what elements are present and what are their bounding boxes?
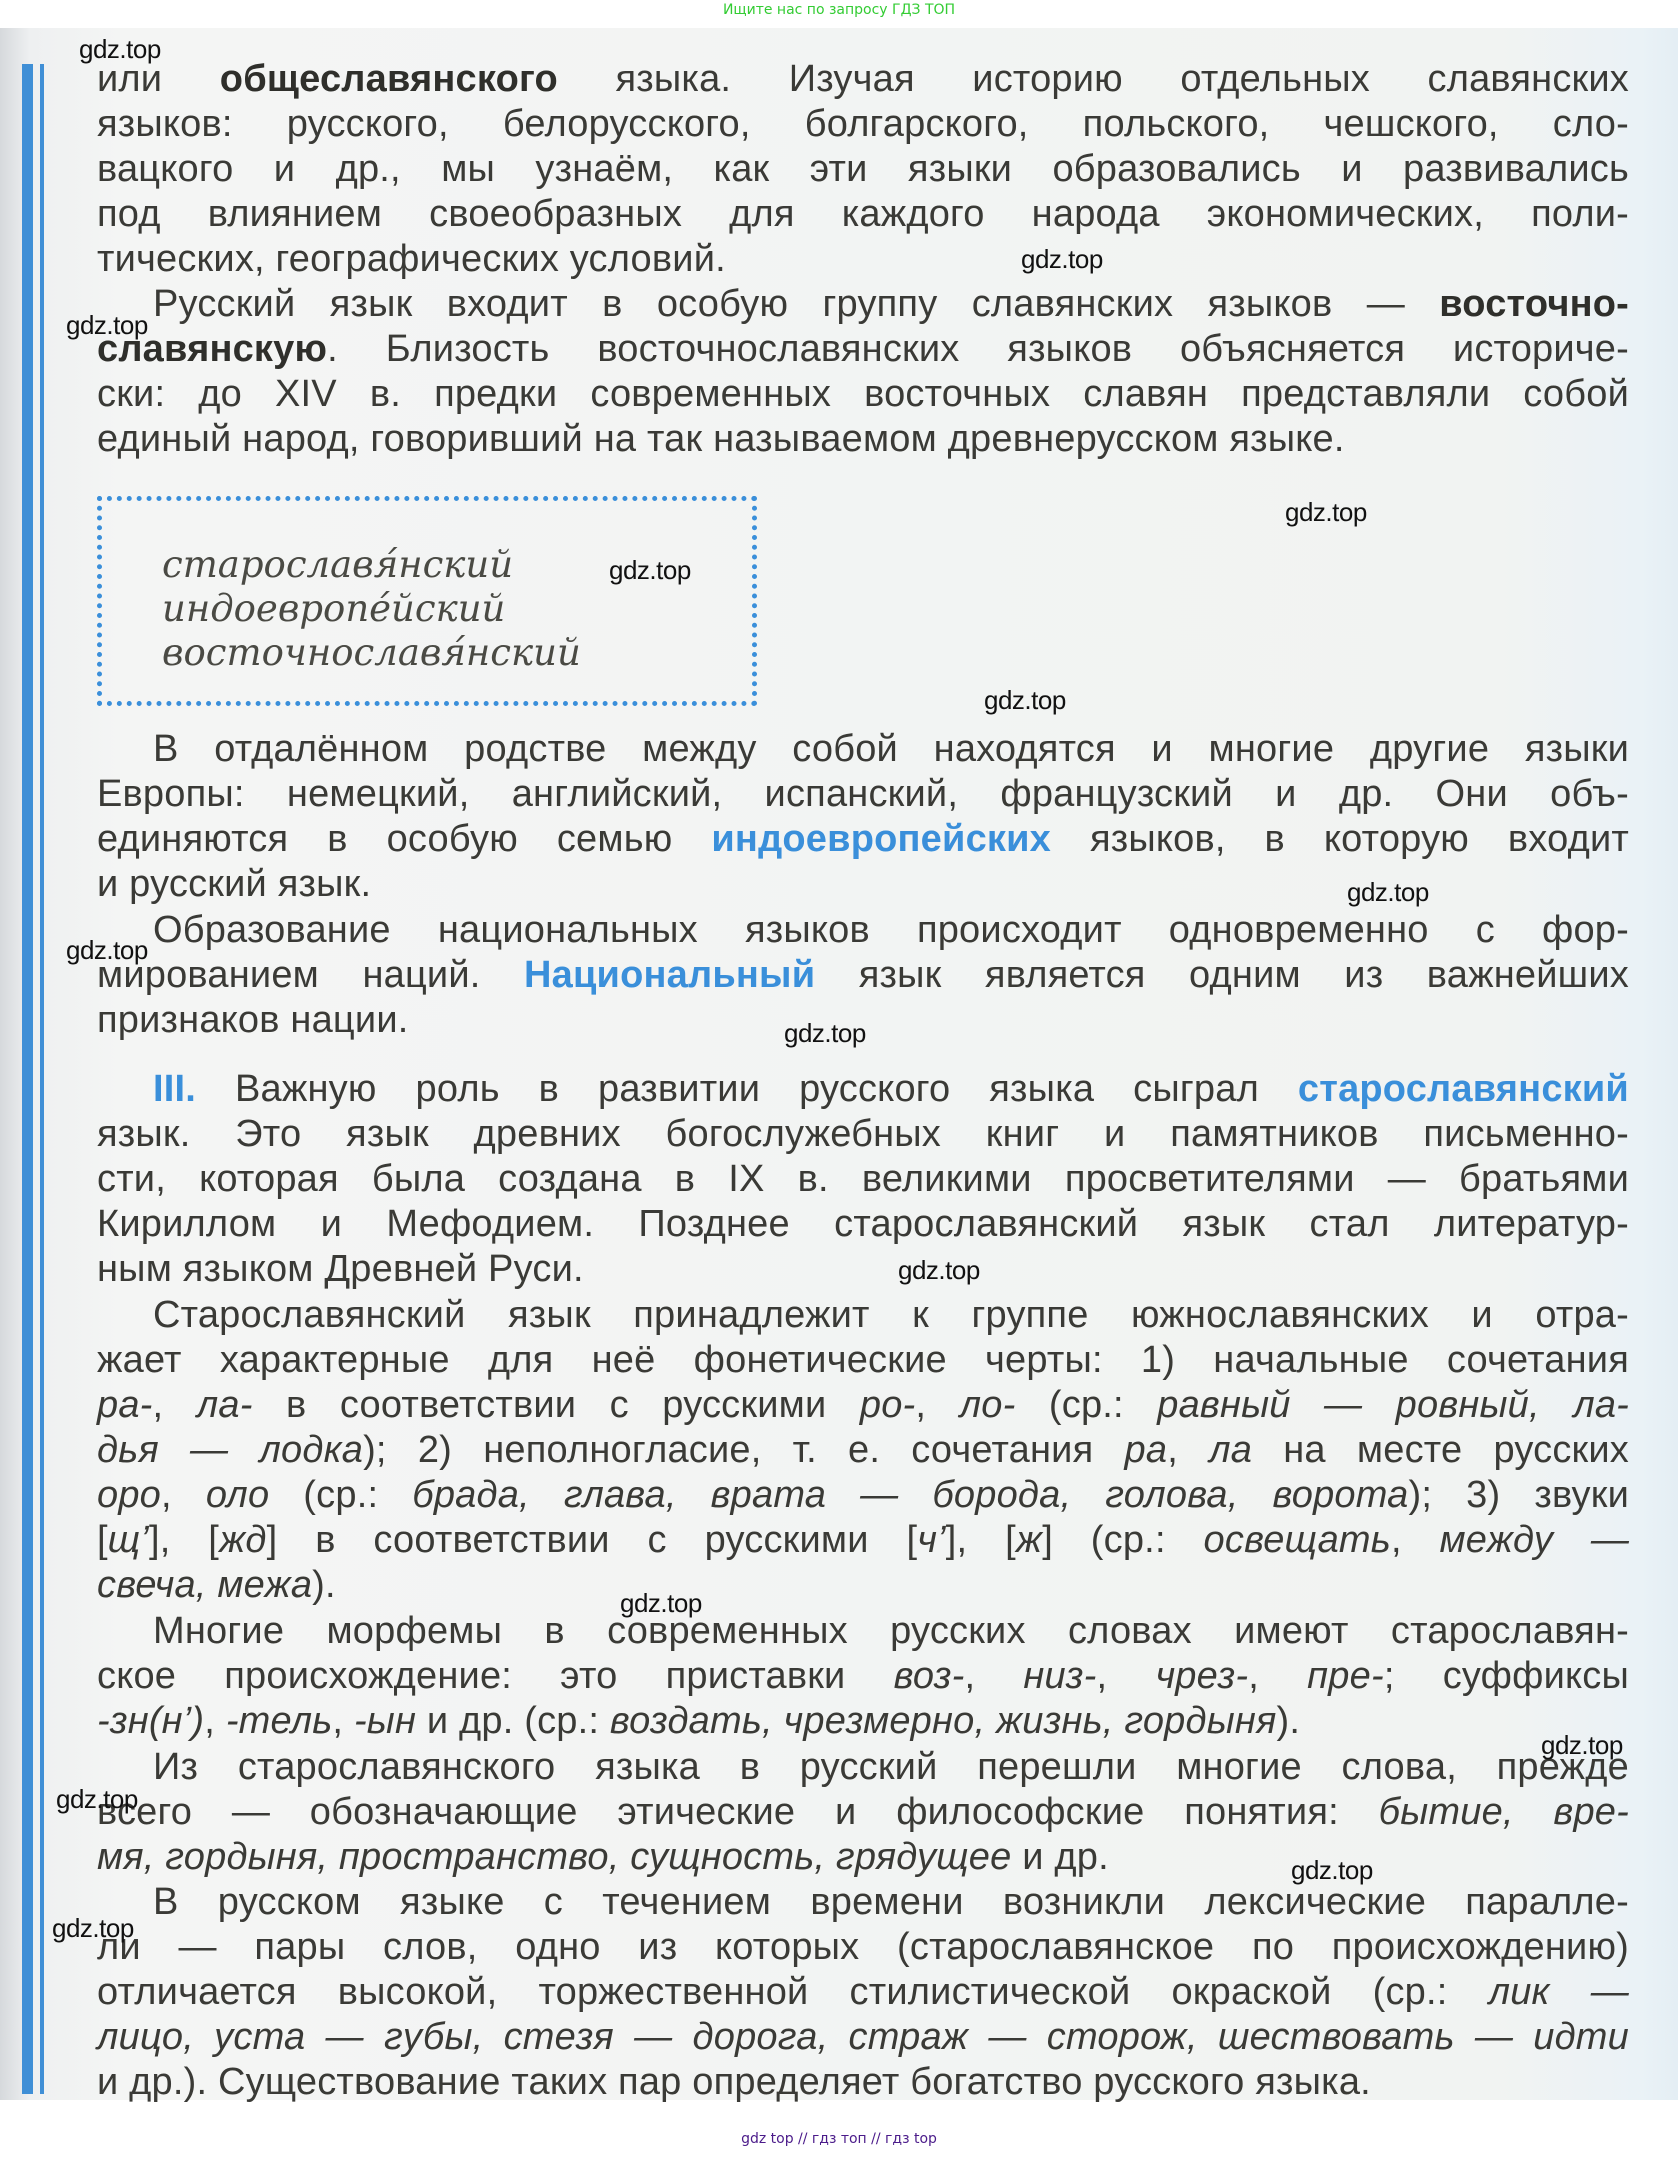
paragraph-8: Из старославянского языка в русский пере… bbox=[97, 1745, 1629, 1880]
text-line: В отдалённом родстве между собой находят… bbox=[97, 727, 1629, 772]
example-italic: мя, гордыня, пространство, сущность, гря… bbox=[97, 1836, 1011, 1878]
example-italic: ра bbox=[1125, 1429, 1168, 1471]
watermark: gdz.top bbox=[620, 1588, 702, 1619]
text-line: язык. Это язык древних богослужебных кни… bbox=[97, 1112, 1629, 1157]
example-italic: жд bbox=[219, 1519, 267, 1561]
text-line: -зн(н’), -тель, -ын и др. (ср.: воздать,… bbox=[97, 1699, 1629, 1744]
text-line: ское происхождение: это приставки воз-, … bbox=[97, 1654, 1629, 1699]
watermark: gdz.top bbox=[66, 935, 148, 966]
example-italic: между — bbox=[1440, 1519, 1630, 1561]
text-line: дья — лодка); 2) неполногласие, т. е. со… bbox=[97, 1428, 1629, 1473]
text-line: ски: до XIV в. предки современных восточ… bbox=[97, 372, 1629, 417]
watermark: gdz.top bbox=[56, 1784, 138, 1815]
text-line: мированием наций. Национальный язык явля… bbox=[97, 953, 1629, 998]
term-item: старославя́нский bbox=[102, 543, 581, 587]
example-italic: равный — ровный, ла- bbox=[1157, 1384, 1629, 1426]
example-italic: ж bbox=[1016, 1519, 1042, 1561]
footer-links: gdz top // гдз топ // гдз top bbox=[0, 2131, 1678, 2147]
text-line: мя, гордыня, пространство, сущность, гря… bbox=[97, 1835, 1629, 1880]
text-line: оро, оло (ср.: брада, глава, врата — бор… bbox=[97, 1473, 1629, 1518]
text-line: под влиянием своеобразных для каждого на… bbox=[97, 192, 1629, 237]
example-italic: дья — лодка bbox=[97, 1429, 363, 1471]
term-bold: восточно- bbox=[1439, 283, 1629, 325]
watermark: gdz.top bbox=[784, 1018, 866, 1049]
watermark: gdz.top bbox=[609, 555, 691, 586]
example-italic: лицо, уста — губы, стезя — дорога, страж… bbox=[97, 2016, 1629, 2058]
example-italic: -зн(н’) bbox=[97, 1700, 204, 1742]
example-italic: -тель bbox=[226, 1700, 333, 1742]
section-3: III. Важную роль в развитии русского язы… bbox=[97, 1067, 1629, 1292]
text-line: отличается высокой, торжественной стилис… bbox=[97, 1970, 1629, 2015]
text-line: лицо, уста — губы, стезя — дорога, страж… bbox=[97, 2015, 1629, 2060]
text-line: единый народ, говоривший на так называем… bbox=[97, 417, 1629, 462]
paragraph-9: В русском языке с течением времени возни… bbox=[97, 1880, 1629, 2105]
text-line: ра-, ла- в соответствии с русскими ро-, … bbox=[97, 1383, 1629, 1428]
text-line: языков: русского, белорусского, болгарск… bbox=[97, 102, 1629, 147]
text-line: Многие морфемы в современных русских сло… bbox=[97, 1609, 1629, 1654]
text-line: сти, которая была создана в IX в. велики… bbox=[97, 1157, 1629, 1202]
text-line: Кириллом и Мефодием. Позднее старославян… bbox=[97, 1202, 1629, 1247]
text-line: Образование национальных языков происход… bbox=[97, 908, 1629, 953]
term-highlight: старославянский bbox=[1298, 1068, 1629, 1110]
watermark: gdz.top bbox=[1541, 1730, 1623, 1761]
text-line: свеча, межа). bbox=[97, 1563, 1629, 1608]
watermark: gdz.top bbox=[1347, 877, 1429, 908]
term-highlight: индоевропейских bbox=[711, 818, 1051, 860]
term-item: индоевропе́йский bbox=[102, 587, 581, 631]
text-line: тических, географических условий. bbox=[97, 237, 1629, 282]
example-italic: воздать, чрезмерно, жизнь, гордыня bbox=[610, 1700, 1277, 1742]
example-italic: ла bbox=[1209, 1429, 1252, 1471]
text-line: вацкого и др., мы узнаём, как эти языки … bbox=[97, 147, 1629, 192]
site-banner: Ищите нас по запросу ГДЗ ТОП bbox=[0, 0, 1678, 28]
example-italic: брада, глава, врата — борода, голова, во… bbox=[412, 1474, 1408, 1516]
paragraph-7: Многие морфемы в современных русских сло… bbox=[97, 1609, 1629, 1744]
watermark: gdz.top bbox=[1021, 244, 1103, 275]
paragraph-1: или общеславянского языка. Изучая истори… bbox=[97, 57, 1629, 282]
example-italic: ч’ bbox=[917, 1519, 946, 1561]
example-italic: воз- bbox=[894, 1655, 965, 1697]
text-line: Русский язык входит в особую группу слав… bbox=[97, 282, 1629, 327]
watermark: gdz.top bbox=[984, 685, 1066, 716]
example-italic: освещать bbox=[1204, 1519, 1391, 1561]
example-italic: ро- bbox=[860, 1384, 916, 1426]
example-italic: бытие, вре- bbox=[1379, 1791, 1629, 1833]
paragraph-2: Русский язык входит в особую группу слав… bbox=[97, 282, 1629, 462]
watermark: gdz.top bbox=[79, 34, 161, 65]
text-line: и др.). Существование таких пар определя… bbox=[97, 2060, 1629, 2105]
margin-bar bbox=[22, 64, 33, 2094]
text-line: Старославянский язык принадлежит к групп… bbox=[97, 1293, 1629, 1338]
term-box: старославя́нский индоевропе́йский восточ… bbox=[97, 496, 757, 706]
text-line: В русском языке с течением времени возни… bbox=[97, 1880, 1629, 1925]
example-italic: низ- bbox=[1023, 1655, 1096, 1697]
example-italic: оло bbox=[206, 1474, 269, 1516]
example-italic: чрез- bbox=[1155, 1655, 1248, 1697]
example-italic: ра- bbox=[97, 1384, 153, 1426]
example-italic: лик — bbox=[1489, 1971, 1629, 2013]
example-italic: ло- bbox=[960, 1384, 1016, 1426]
example-italic: щ’ bbox=[108, 1519, 149, 1561]
example-italic: пре- bbox=[1307, 1655, 1384, 1697]
example-italic: -ын bbox=[354, 1700, 416, 1742]
margin-bar-thin bbox=[40, 64, 44, 2094]
watermark: gdz.top bbox=[1291, 1855, 1373, 1886]
watermark: gdz.top bbox=[66, 310, 148, 341]
text-line: славянскую. Близость восточнославянских … bbox=[97, 327, 1629, 372]
text-line: ным языком Древней Руси. bbox=[97, 1247, 1629, 1292]
watermark: gdz.top bbox=[898, 1255, 980, 1286]
text-line: единяются в особую семью индоевропейских… bbox=[97, 817, 1629, 862]
text-line: Из старославянского языка в русский пере… bbox=[97, 1745, 1629, 1790]
text-line: Европы: немецкий, английский, испанский,… bbox=[97, 772, 1629, 817]
text-line: всего — обозначающие этические и философ… bbox=[97, 1790, 1629, 1835]
example-italic: ла- bbox=[197, 1384, 253, 1426]
text-line: [щ’], [жд] в соответствии с русскими [ч’… bbox=[97, 1518, 1629, 1563]
term-bold: общеславянского bbox=[220, 58, 558, 100]
term-highlight: Национальный bbox=[524, 954, 815, 996]
term-item: восточнославя́нский bbox=[102, 631, 581, 675]
watermark: gdz.top bbox=[1285, 497, 1367, 528]
section-marker: III. bbox=[153, 1068, 196, 1110]
text-line: или общеславянского языка. Изучая истори… bbox=[97, 57, 1629, 102]
example-italic: оро bbox=[97, 1474, 161, 1516]
watermark: gdz.top bbox=[52, 1913, 134, 1944]
text-line: III. Важную роль в развитии русского язы… bbox=[97, 1067, 1629, 1112]
text-line: жает характерные для неё фонетические че… bbox=[97, 1338, 1629, 1383]
example-italic: свеча, межа bbox=[97, 1564, 312, 1606]
text-line: ли — пары слов, одно из которых (старосл… bbox=[97, 1925, 1629, 1970]
paragraph-6: Старославянский язык принадлежит к групп… bbox=[97, 1293, 1629, 1608]
